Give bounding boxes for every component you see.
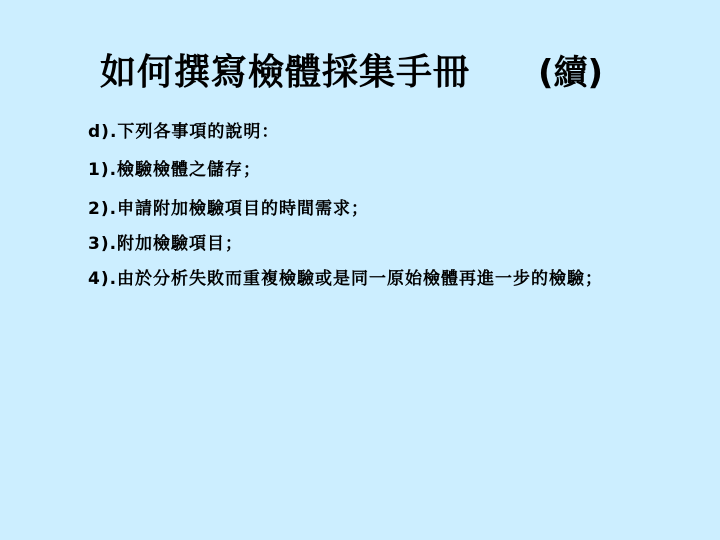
list-item-2: 2).申請附加檢驗項目的時間需求；	[88, 198, 369, 220]
list-item-1: 1).檢驗檢體之儲存；	[88, 159, 261, 181]
slide-title: 如何撰寫檢體採集手冊 (續)	[100, 44, 470, 94]
list-item-3: 3).附加檢驗項目；	[88, 233, 243, 255]
list-item-4: 4).由於分析失敗而重複檢驗或是同一原始檢體再進一步的檢驗；	[88, 268, 608, 290]
list-item-intro: d).下列各事項的說明：	[88, 121, 279, 143]
title-main-text: 如何撰寫檢體採集手冊	[100, 44, 470, 95]
slide: 如何撰寫檢體採集手冊 (續) d).下列各事項的說明： 1).檢驗檢體之儲存； …	[0, 0, 720, 540]
title-continued-text: (續)	[538, 44, 603, 94]
